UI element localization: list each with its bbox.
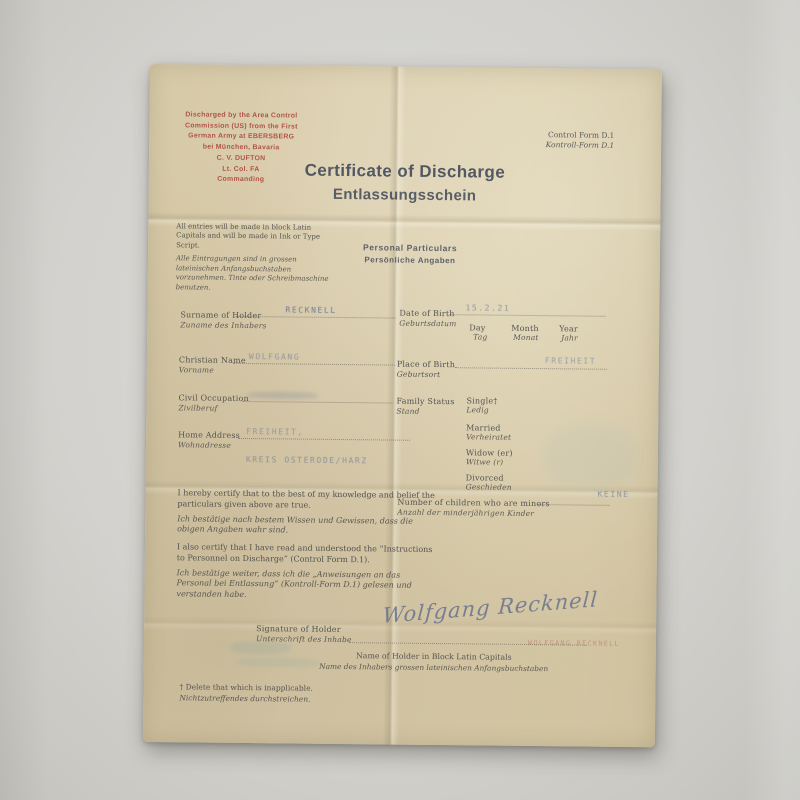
dob-label-de: Geburtsdatum <box>399 319 456 329</box>
surname-value: RECKNELL <box>285 305 336 315</box>
christian-name-label-de: Vorname <box>179 365 214 374</box>
block-capitals-note: Name of Holder in Block Latin Capitals N… <box>264 650 604 674</box>
signature-label-de: Unterschrift des Inhabe <box>256 634 352 644</box>
signature-label-en: Signature of Holder <box>256 624 341 634</box>
photo-background: Discharged by the Area Control Commissio… <box>0 0 800 800</box>
home-address-label-en: Home Address <box>178 430 240 440</box>
home-address-value-line2: KREIS OSTERODE/HARZ <box>246 455 368 465</box>
delete-inapplicable-footnote: † Delete that which is inapplicable. Nic… <box>179 682 313 704</box>
place-of-birth-value: FREIHEIT <box>545 356 596 366</box>
certification-particulars-de: Ich bestätige nach bestem Wissen und Gew… <box>177 514 437 538</box>
form-reference: Control Form D.1 Kontroll-Form D.1 <box>464 129 614 151</box>
dob-col-month-de: Monat <box>513 333 539 342</box>
footnote-en: † Delete that which is inapplicable. <box>179 682 313 694</box>
discharge-certificate-paper: Discharged by the Area Control Commissio… <box>143 64 662 747</box>
ink-bleed-smudge <box>544 424 640 489</box>
home-address-label-de: Wohnadresse <box>178 440 231 450</box>
footnote-de: Nichtzutreffendes durchstreichen. <box>179 693 313 705</box>
place-of-birth-label-en: Place of Birth <box>397 360 455 370</box>
certification-instructions: I also certify that I have read and unde… <box>176 542 437 603</box>
family-status-single-de: Ledig <box>466 405 489 414</box>
family-status-label-en: Family Status <box>396 397 454 407</box>
certification-instructions-de: Ich bestätige weiter, dass ich die „Anwe… <box>176 568 436 603</box>
block-capitals-note-de: Name des Inhabers grossen lateinischen A… <box>264 661 604 674</box>
document-title-de: Entlassungsschein <box>149 184 661 206</box>
surname-label-de: Zuname des Inhabers <box>180 320 266 330</box>
dob-value: 15.2.21 <box>465 303 510 312</box>
home-address-value: FREIHEIT, <box>246 427 304 437</box>
children-dotted-line <box>537 494 609 506</box>
civil-occupation-label-en: Civil Occupation <box>178 393 248 403</box>
family-status-widow-de: Witwe (r) <box>466 457 504 466</box>
place-of-birth-label-de: Geburtsort <box>397 370 441 379</box>
dob-col-year-de: Jahr <box>561 333 578 342</box>
certification-instructions-en: I also certify that I have read and unde… <box>177 542 437 566</box>
family-status-divorced-de: Geschieden <box>466 482 512 491</box>
holder-name-typed-red: WOLFGANG RECKNELL <box>528 639 620 648</box>
form-reference-de: Kontroll-Form D.1 <box>464 139 614 151</box>
dob-col-day-de: Tag <box>473 332 487 341</box>
civil-occupation-label-de: Zivilberuf <box>178 403 217 412</box>
stamp-line: German Army at EBERSBERG <box>167 132 315 144</box>
dob-label-en: Date of Birth <box>399 309 454 319</box>
christian-name-value: WOLFGANG <box>249 352 300 362</box>
family-status-married-de: Verheiratet <box>466 432 511 441</box>
family-status-label-de: Stand <box>396 407 419 416</box>
